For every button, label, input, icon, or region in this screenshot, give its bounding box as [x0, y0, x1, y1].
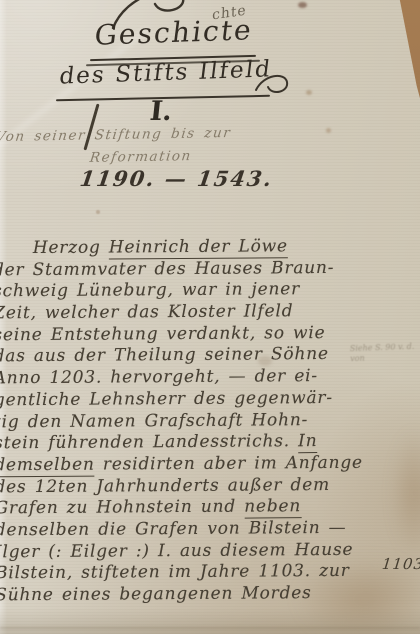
body-line: Anno 1203. hervorgeht, — der ei-: [0, 366, 370, 390]
body-line: Bilstein, stifteten im Jahre 1103. zur: [0, 561, 371, 585]
manuscript-page-photo: chte Geschicte des Stifts Ilfeld I. Von …: [0, 0, 420, 634]
body-line: Sühne eines begangenen Mordes: [0, 583, 371, 607]
body-line: schweig Lüneburg, war in jener: [0, 279, 369, 303]
body-line: stein führenden Landesstrichs. In: [0, 431, 370, 455]
margin-year-note: 1103.: [381, 555, 420, 573]
pencil-margin-note: Siehe S. 90 v. d. von: [350, 342, 415, 364]
page-title-line2: des Stifts Ilfeld: [58, 56, 274, 89]
body-line: tig den Namen Grafschaft Hohn-: [0, 409, 370, 433]
body-line: seine Entstehung verdankt, so wie: [0, 322, 369, 346]
section-numeral: I.: [148, 96, 173, 127]
paper-speck: [96, 210, 100, 214]
body-line: Herzog Heinrich der Löwe: [0, 236, 369, 260]
body-line: denselben die Grafen von Bilstein —: [0, 518, 371, 542]
paper-speck: [326, 128, 331, 133]
section-subtitle-line2: Reformation: [89, 148, 193, 166]
body-line: Zeit, welcher das Kloster Ilfeld: [0, 301, 369, 325]
page-title-line1: Geschicte: [93, 13, 255, 51]
paper-stain: [392, 428, 420, 558]
bottom-shadow: [0, 608, 420, 634]
body-line: des 12ten Jahrhunderts außer dem: [0, 474, 371, 498]
section-subtitle-line1: Von seiner Stiftung bis zur: [0, 125, 232, 145]
section-date-range: 1190. — 1543.: [78, 166, 275, 191]
body-line: das aus der Theilung seiner Söhne: [0, 344, 370, 368]
body-line: Ilger (: Eilger :) I. aus diesem Hause: [0, 539, 371, 563]
end-flourish-icon: [254, 70, 292, 98]
body-line: der Stammvater des Hauses Braun-: [0, 257, 369, 281]
body-line: demselben residirten aber im Anfange: [0, 453, 370, 477]
body-line: Grafen zu Hohnstein und neben: [0, 496, 371, 520]
bottom-crease: [0, 627, 420, 629]
body-line: gentliche Lehnsherr des gegenwär-: [0, 388, 370, 412]
paper-speck: [306, 90, 312, 95]
ink-speck: [298, 2, 307, 8]
body-paragraph: Herzog Heinrich der Löwe der Stammvater …: [0, 236, 371, 607]
